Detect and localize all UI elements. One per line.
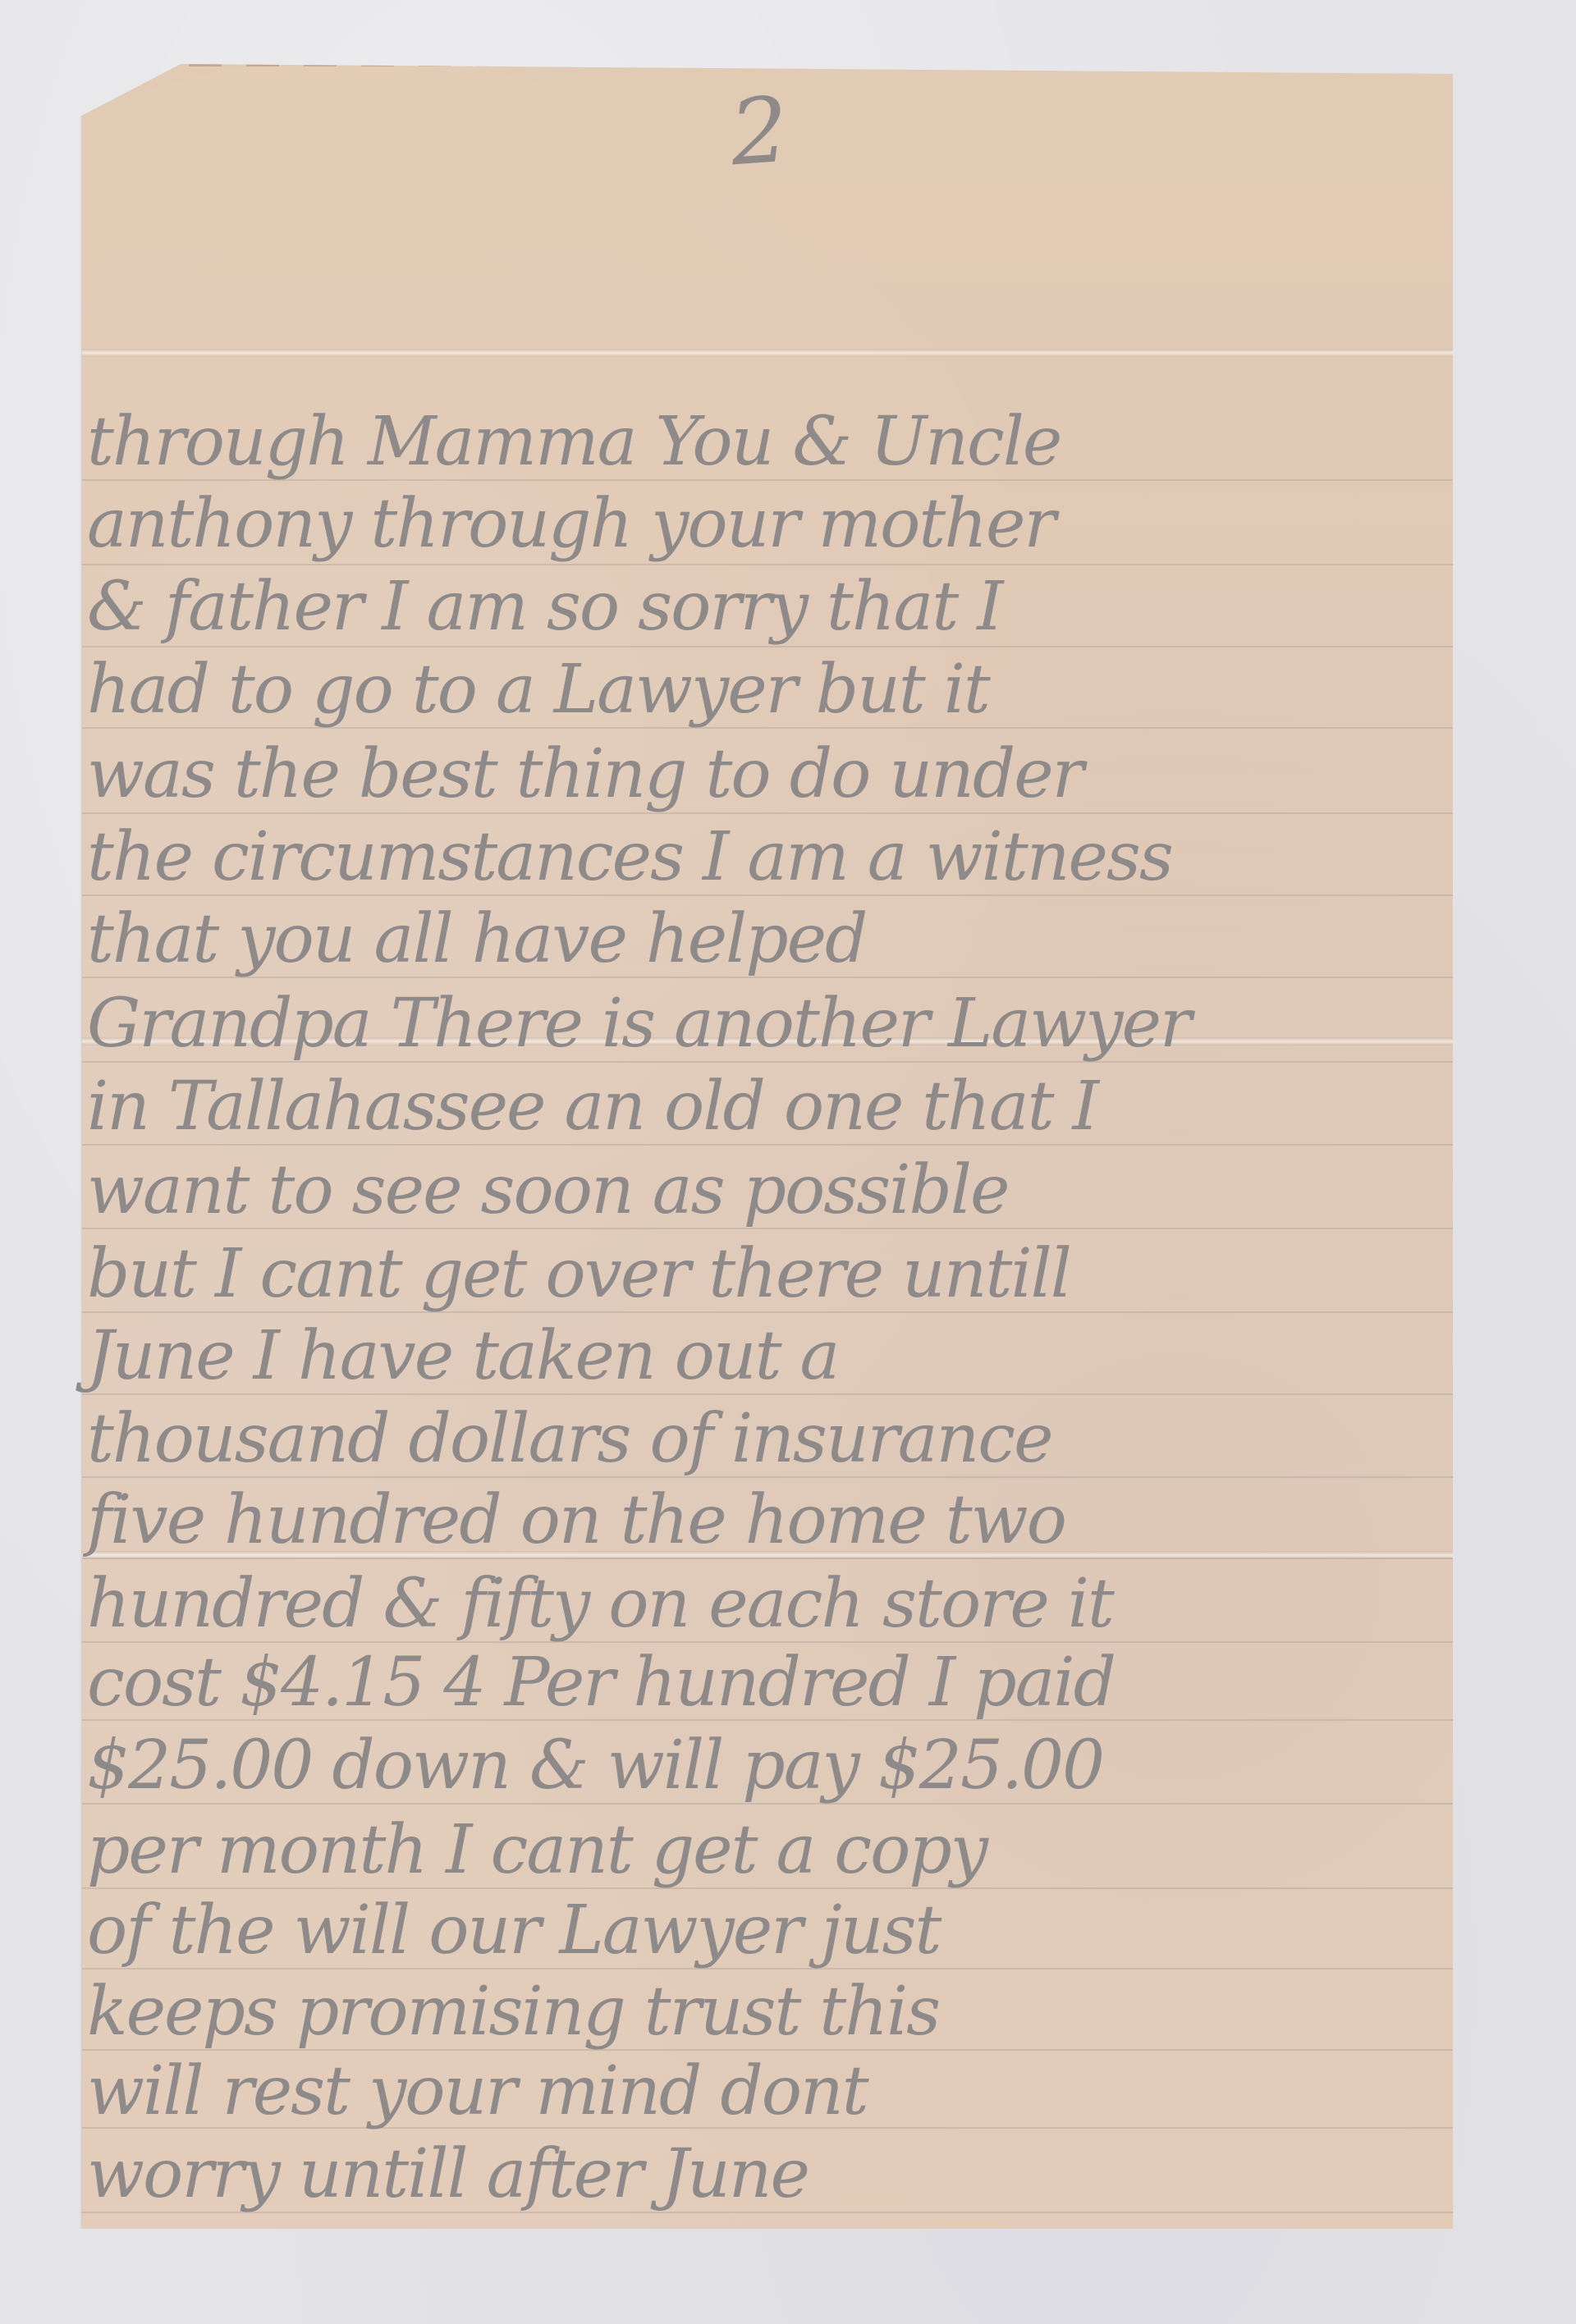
- text-line: cost $4.15 4 Per hundred I paid: [87, 1649, 1434, 1717]
- text-line: five hundred on the home two: [87, 1487, 1434, 1554]
- text-line: but I cant get over there untill: [87, 1241, 1434, 1308]
- letter-page: 2 through Mamma You & Uncle anthony thro…: [82, 64, 1453, 2229]
- text-line: of the will our Lawyer just: [87, 1897, 1434, 1965]
- text-line: want to see soon as possible: [87, 1157, 1434, 1224]
- text-line: June I have taken out a: [87, 1323, 1434, 1390]
- text-line: per month I cant get a copy: [87, 1817, 1434, 1884]
- ruled-line: [82, 646, 1453, 647]
- fold-crease-1: [82, 349, 1453, 357]
- text-line: the circumstances I am a witness: [87, 824, 1434, 891]
- text-line: that you all have helped: [87, 906, 1434, 973]
- text-line: worry untill after June: [87, 2141, 1434, 2208]
- text-line: hundred & fifty on each store it: [87, 1571, 1434, 1638]
- text-line: was the best thing to do under: [87, 741, 1434, 808]
- page-number: 2: [727, 77, 792, 186]
- text-line: Grandpa There is another Lawyer: [87, 990, 1434, 1058]
- text-line: had to go to a Lawyer but it: [87, 656, 1434, 724]
- ruled-line: [82, 564, 1453, 565]
- text-line: thousand dollars of insurance: [87, 1406, 1434, 1473]
- text-line: $25.00 down & will pay $25.00: [87, 1732, 1434, 1800]
- text-line: will rest your mind dont: [87, 2058, 1434, 2125]
- text-line: anthony through your mother: [87, 491, 1434, 558]
- text-line: keeps promising trust this: [87, 1979, 1434, 2046]
- text-line: & father I am so sorry that I: [87, 574, 1434, 641]
- text-line: through Mamma You & Uncle: [87, 409, 1434, 476]
- text-line: in Tallahassee an old one that I: [87, 1073, 1434, 1141]
